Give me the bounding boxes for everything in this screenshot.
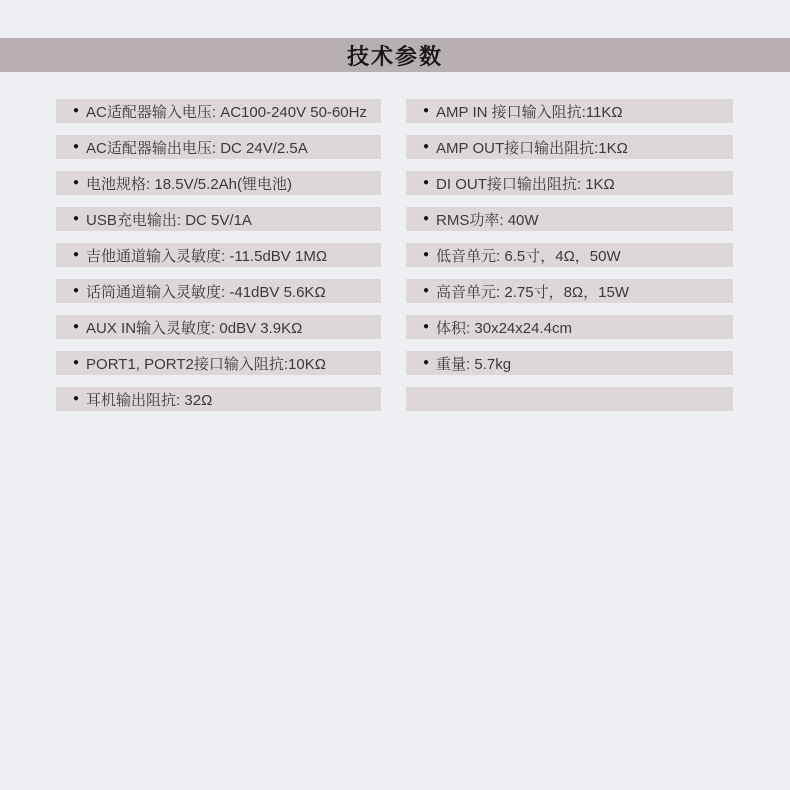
bullet-icon: ● bbox=[73, 214, 79, 224]
spec-item: ● AMP OUT接口输出阻抗:1KΩ bbox=[406, 135, 733, 159]
bullet-icon: ● bbox=[73, 106, 79, 116]
spec-item: ● USB充电输出: DC 5V/1A bbox=[56, 207, 381, 231]
spec-text: AC适配器输出电压: DC 24V/2.5A bbox=[86, 137, 308, 158]
spec-item: ● AUX IN输入灵敏度: 0dBV 3.9KΩ bbox=[56, 315, 381, 339]
page-title-bar: 技术参数 bbox=[0, 38, 790, 72]
spec-text: AMP IN 接口输入阻抗:11KΩ bbox=[436, 101, 623, 122]
spec-text: PORT1, PORT2接口输入阻抗:10KΩ bbox=[86, 353, 326, 374]
spec-item: ● AMP IN 接口输入阻抗:11KΩ bbox=[406, 99, 733, 123]
spec-columns: ● AC适配器输入电压: AC100-240V 50-60Hz ● AC适配器输… bbox=[56, 99, 733, 423]
bullet-icon: ● bbox=[423, 214, 429, 224]
bullet-icon: ● bbox=[423, 250, 429, 260]
bullet-icon: ● bbox=[423, 322, 429, 332]
bullet-icon: ● bbox=[73, 250, 79, 260]
spec-text: 重量: 5.7kg bbox=[436, 353, 511, 374]
bullet-icon: ● bbox=[73, 394, 79, 404]
bullet-icon: ● bbox=[423, 286, 429, 296]
spec-sheet: 技术参数 ● AC适配器输入电压: AC100-240V 50-60Hz ● A… bbox=[0, 0, 790, 790]
bullet-icon: ● bbox=[423, 358, 429, 368]
bullet-icon: ● bbox=[423, 178, 429, 188]
bullet-icon: ● bbox=[73, 358, 79, 368]
spec-item: ● 体积: 30x24x24.4cm bbox=[406, 315, 733, 339]
spec-item: ● RMS功率: 40W bbox=[406, 207, 733, 231]
bullet-icon: ● bbox=[73, 142, 79, 152]
spec-text: 吉他通道输入灵敏度: -11.5dBV 1MΩ bbox=[86, 245, 327, 266]
spec-item: ● 重量: 5.7kg bbox=[406, 351, 733, 375]
spec-item: ● 话筒通道输入灵敏度: -41dBV 5.6KΩ bbox=[56, 279, 381, 303]
spec-text: USB充电输出: DC 5V/1A bbox=[86, 209, 252, 230]
spec-item: ● DI OUT接口输出阻抗: 1KΩ bbox=[406, 171, 733, 195]
spec-text: 体积: 30x24x24.4cm bbox=[436, 317, 572, 338]
bullet-icon: ● bbox=[73, 286, 79, 296]
spec-column-right: ● AMP IN 接口输入阻抗:11KΩ ● AMP OUT接口输出阻抗:1KΩ… bbox=[406, 99, 733, 423]
spec-text: 电池规格: 18.5V/5.2Ah(锂电池) bbox=[86, 173, 292, 194]
spec-text: 耳机输出阻抗: 32Ω bbox=[86, 389, 212, 410]
spec-item: ● 耳机输出阻抗: 32Ω bbox=[56, 387, 381, 411]
spec-text: AUX IN输入灵敏度: 0dBV 3.9KΩ bbox=[86, 317, 302, 338]
spec-text: 话筒通道输入灵敏度: -41dBV 5.6KΩ bbox=[86, 281, 326, 302]
bullet-icon: ● bbox=[423, 106, 429, 116]
spec-text: 低音单元: 6.5寸，4Ω，50W bbox=[436, 245, 621, 266]
bullet-icon: ● bbox=[73, 322, 79, 332]
spec-text: DI OUT接口输出阻抗: 1KΩ bbox=[436, 173, 615, 194]
bullet-icon: ● bbox=[73, 178, 79, 188]
spec-item: ● 低音单元: 6.5寸，4Ω，50W bbox=[406, 243, 733, 267]
spec-text: RMS功率: 40W bbox=[436, 209, 539, 230]
spec-text: AC适配器输入电压: AC100-240V 50-60Hz bbox=[86, 101, 367, 122]
spec-text: 高音单元: 2.75寸，8Ω，15W bbox=[436, 281, 629, 302]
spec-item: ● PORT1, PORT2接口输入阻抗:10KΩ bbox=[56, 351, 381, 375]
spec-item: ● AC适配器输入电压: AC100-240V 50-60Hz bbox=[56, 99, 381, 123]
spec-item: ● 吉他通道输入灵敏度: -11.5dBV 1MΩ bbox=[56, 243, 381, 267]
bullet-icon: ● bbox=[423, 142, 429, 152]
spec-column-left: ● AC适配器输入电压: AC100-240V 50-60Hz ● AC适配器输… bbox=[56, 99, 381, 423]
spec-item: ● 高音单元: 2.75寸，8Ω，15W bbox=[406, 279, 733, 303]
page-title: 技术参数 bbox=[347, 40, 443, 71]
spec-item-empty bbox=[406, 387, 733, 411]
spec-text: AMP OUT接口输出阻抗:1KΩ bbox=[436, 137, 628, 158]
spec-item: ● 电池规格: 18.5V/5.2Ah(锂电池) bbox=[56, 171, 381, 195]
spec-item: ● AC适配器输出电压: DC 24V/2.5A bbox=[56, 135, 381, 159]
